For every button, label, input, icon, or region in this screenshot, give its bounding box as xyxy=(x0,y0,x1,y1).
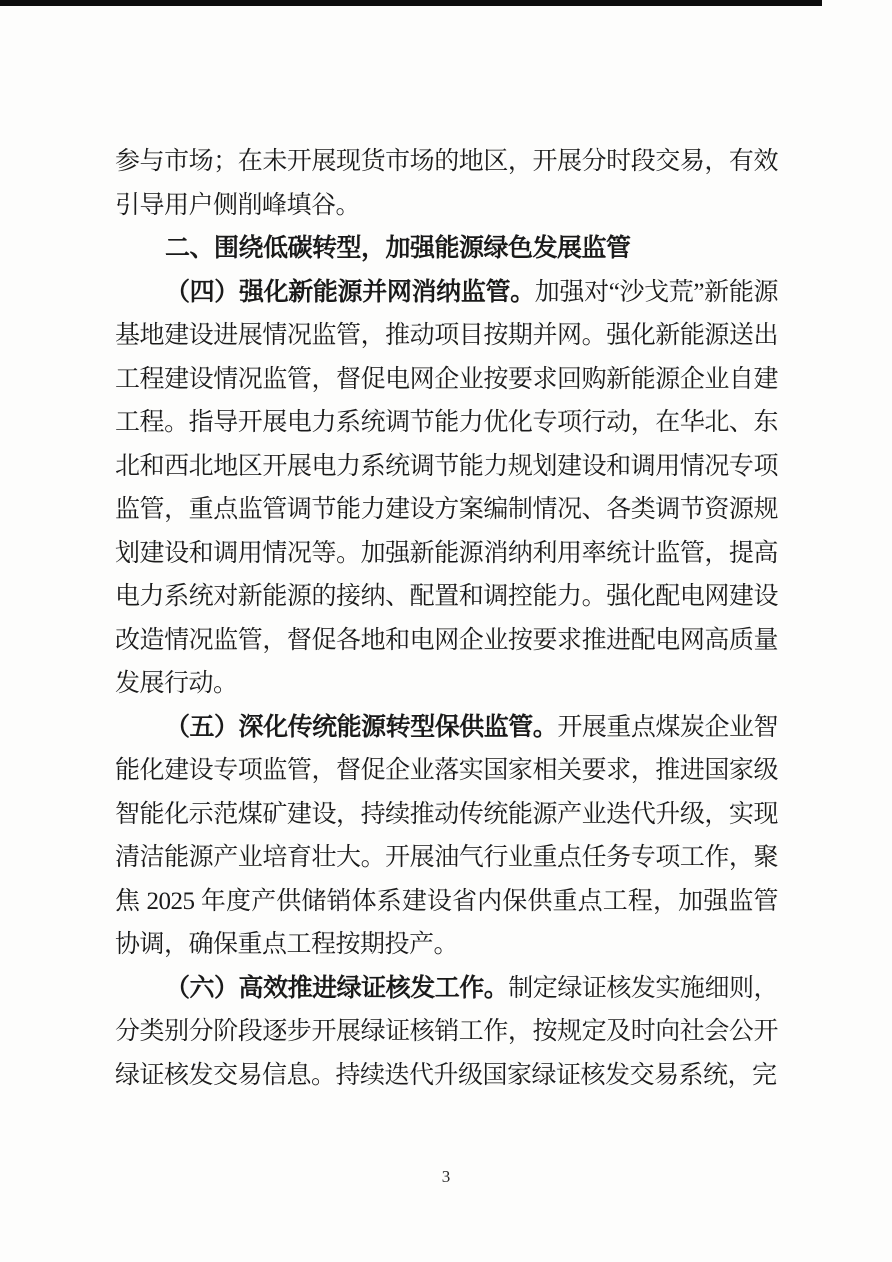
paragraph-item-4: （四）强化新能源并网消纳监管。加强对“沙戈荒”新能源基地建设进展情况监管，推动项… xyxy=(115,271,778,706)
paragraph-item-5-text: 开展重点煤炭企业智能化建设专项监管，督促企业落实国家相关要求，推进国家级智能化示… xyxy=(115,714,778,959)
paragraph-continuation: 参与市场；在未开展现货市场的地区，开展分时段交易，有效引导用户侧削峰填谷。 xyxy=(115,140,778,227)
document-body: 参与市场；在未开展现货市场的地区，开展分时段交易，有效引导用户侧削峰填谷。 二、… xyxy=(115,140,778,1097)
paragraph-item-4-text: 加强对“沙戈荒”新能源基地建设进展情况监管，推动项目按期并网。强化新能源送出工程… xyxy=(115,279,778,698)
page-number: 3 xyxy=(0,1166,892,1188)
paragraph-item-6-lead: （六）高效推进绿证核发工作。 xyxy=(165,975,508,1002)
paragraph-item-6: （六）高效推进绿证核发工作。制定绿证核发实施细则，分类别分阶段逐步开展绿证核销工… xyxy=(115,967,778,1098)
paragraph-item-5: （五）深化传统能源转型保供监管。开展重点煤炭企业智能化建设专项监管，督促企业落实… xyxy=(115,706,778,967)
document-page: 参与市场；在未开展现货市场的地区，开展分时段交易，有效引导用户侧削峰填谷。 二、… xyxy=(0,0,892,1262)
scan-edge-artifact xyxy=(0,0,822,6)
paragraph-item-4-lead: （四）强化新能源并网消纳监管。 xyxy=(165,279,535,306)
paragraph-item-5-lead: （五）深化传统能源转型保供监管。 xyxy=(165,714,557,741)
section-heading-2: 二、围绕低碳转型，加强能源绿色发展监管 xyxy=(115,227,778,271)
